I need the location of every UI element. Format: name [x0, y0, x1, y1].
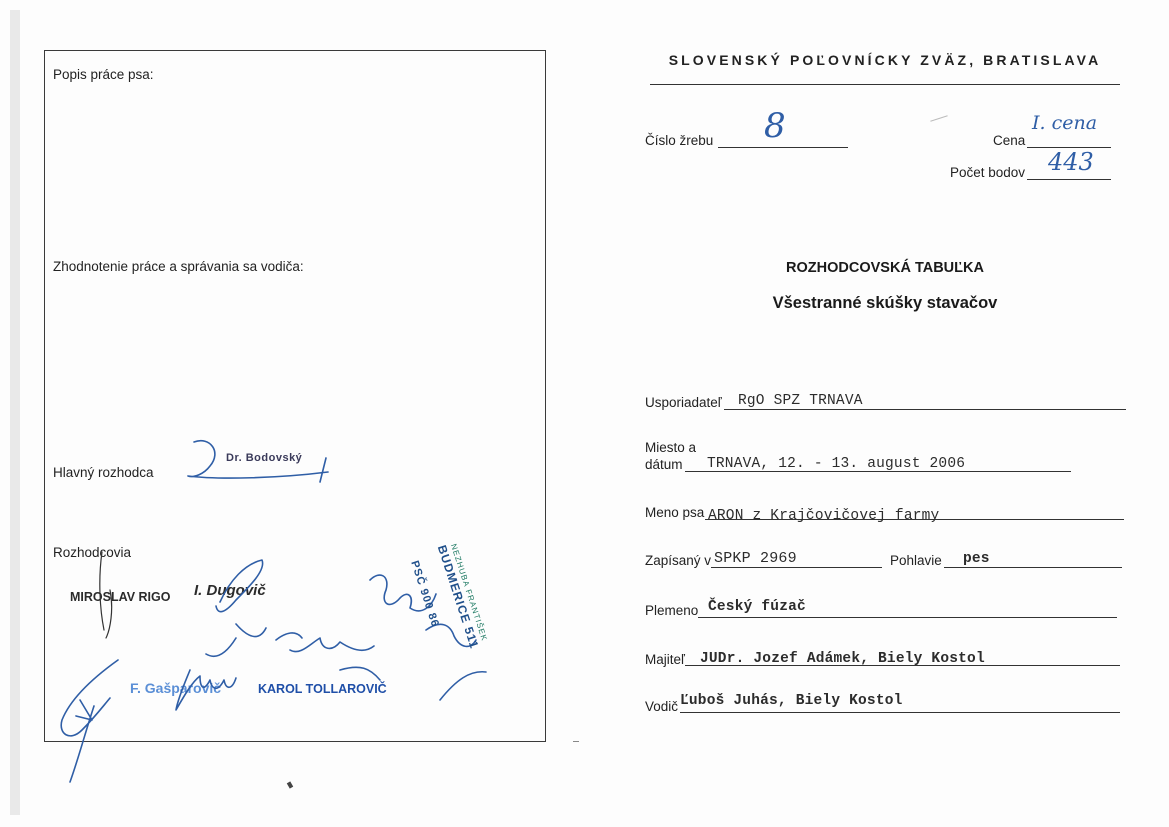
- handler-line: [680, 712, 1120, 713]
- form-title: ROZHODCOVSKÁ TABUĽKA: [650, 260, 1120, 276]
- points-label: Počet bodov: [950, 165, 1025, 180]
- organizer-value: RgO SPZ TRNAVA: [738, 393, 863, 409]
- handler-label: Vodič: [645, 699, 678, 714]
- work-description-label: Popis práce psa:: [53, 67, 154, 82]
- header-rule: [650, 84, 1120, 85]
- breed-label: Plemeno: [645, 603, 698, 618]
- place-date-label-line1: Miesto a: [645, 440, 696, 455]
- registered-value: SPKP 2969: [714, 550, 797, 567]
- head-judge-stamp: Dr. Bodovský: [226, 452, 302, 464]
- breed-value: Český fúzač: [708, 599, 806, 615]
- points-value: 443: [1048, 148, 1094, 176]
- draw-number-line: [718, 147, 848, 148]
- scan-gutter: [10, 10, 20, 815]
- sex-label: Pohlavie: [890, 553, 942, 568]
- draw-number-label: Číslo žrebu: [645, 133, 713, 148]
- draw-number-value: 8: [764, 106, 786, 146]
- owner-value: JUDr. Jozef Adámek, Biely Kostol: [700, 651, 985, 667]
- prize-label: Cena: [993, 133, 1025, 148]
- form-subtitle: Všestranné skúšky stavačov: [650, 294, 1120, 313]
- prize-value: I. cena: [1032, 112, 1097, 134]
- owner-label: Majiteľ: [645, 652, 685, 667]
- dog-name-value: ARON z Krajčovičovej farmy: [708, 508, 939, 524]
- place-date-value: TRNAVA, 12. - 13. august 2006: [707, 456, 965, 472]
- round-stamp: NEZHUBA FRANTIŠEK BUDMERICE 511 PSČ 900 …: [438, 548, 513, 658]
- organization-name: SLOVENSKÝ POĽOVNÍCKY ZVÄZ, BRATISLAVA: [650, 52, 1120, 68]
- dog-name-label: Meno psa: [645, 505, 704, 520]
- sex-value: pes: [963, 551, 990, 567]
- stray-mark: [573, 741, 579, 742]
- place-date-label-line2: dátum: [645, 457, 683, 472]
- stray-mark: [930, 115, 947, 122]
- organizer-label: Usporiadateľ: [645, 395, 722, 410]
- breed-line: [698, 617, 1117, 618]
- handler-value: Ľuboš Juhás, Biely Kostol: [680, 693, 903, 709]
- registered-label: Zapísaný v: [645, 553, 711, 568]
- registered-line: [711, 567, 882, 568]
- handler-evaluation-label: Zhodnotenie práce a správania sa vodiča:: [53, 259, 304, 274]
- sex-line: [944, 567, 1122, 568]
- organizer-line: [724, 409, 1126, 410]
- points-line: [1027, 179, 1111, 180]
- head-judge-label: Hlavný rozhodca: [53, 465, 154, 480]
